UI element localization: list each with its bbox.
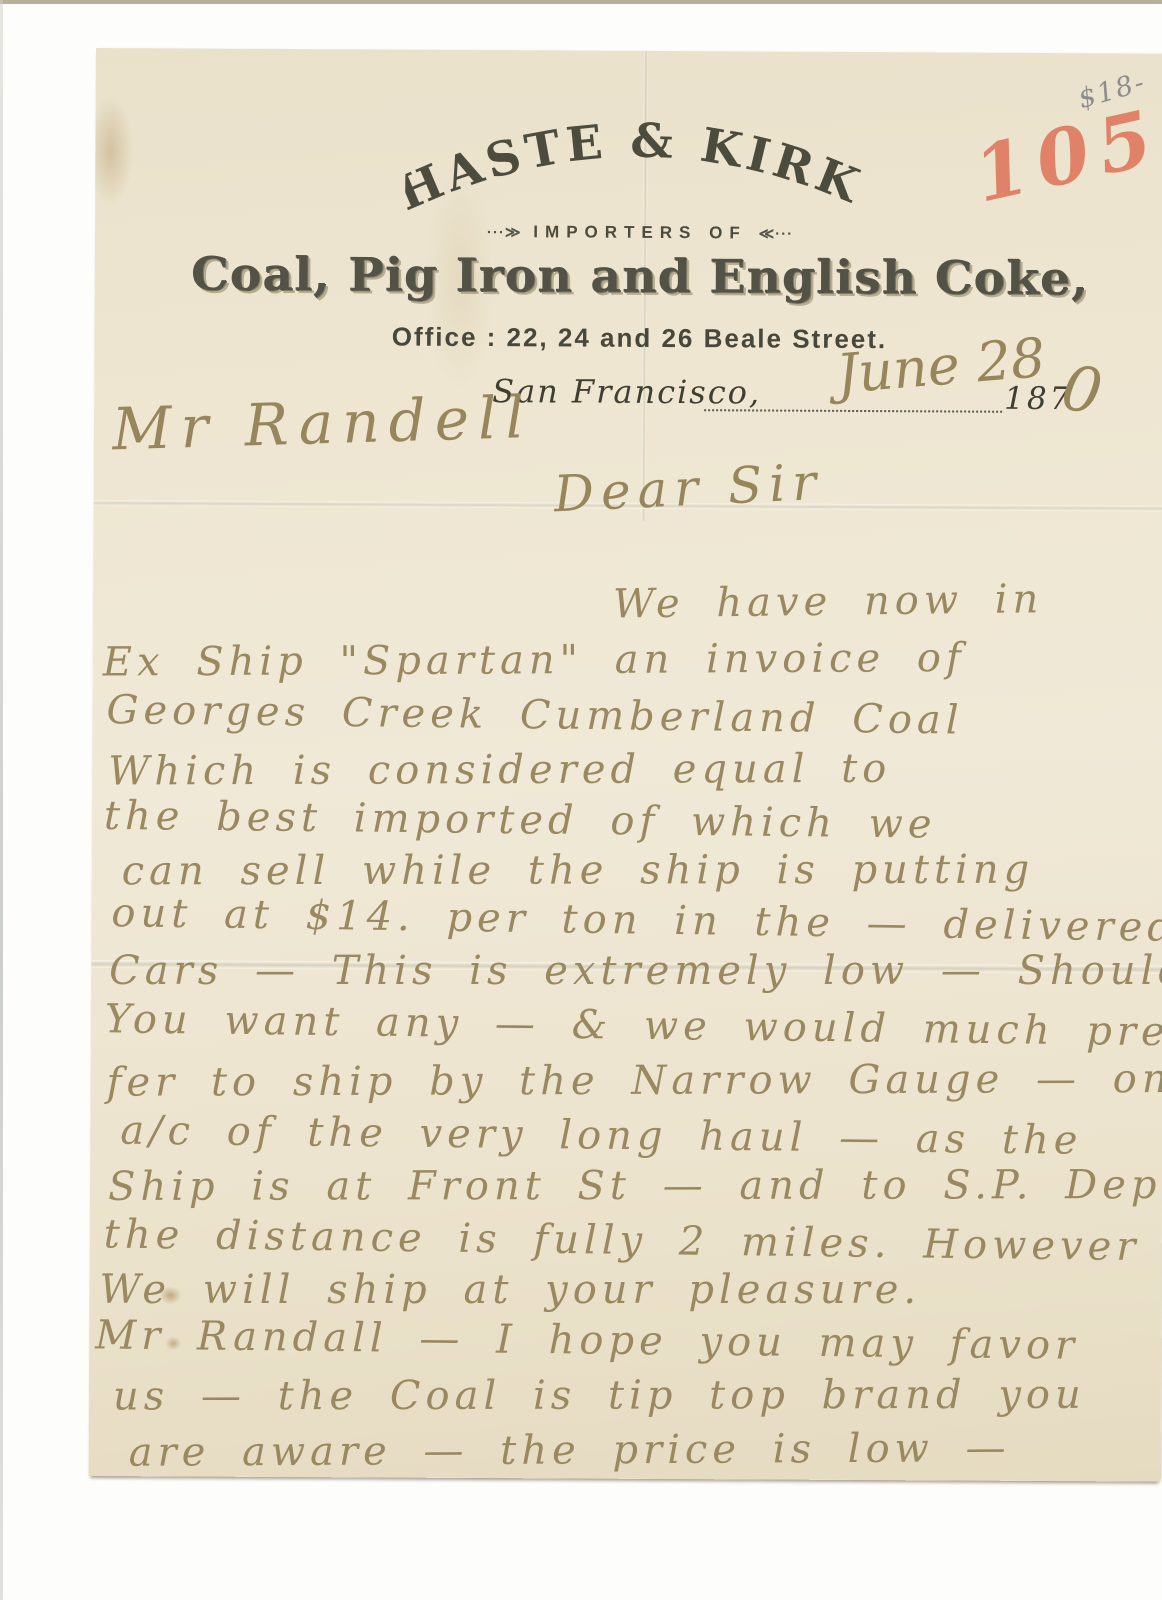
- handwritten-line: Georges Creek Cumberland Coal: [106, 687, 964, 743]
- recipient-line: Mr Randell: [111, 383, 534, 463]
- handwritten-line: out at $14. per ton in the — delivered t…: [111, 890, 1162, 952]
- handwritten-line: are aware — the price is low —: [129, 1425, 1011, 1476]
- tagline-row: ···≫ IMPORTERS OF ≪···: [95, 220, 1162, 246]
- salutation-line: Dear Sir: [552, 453, 824, 524]
- handwritten-line: Ship is at Front St — and to S.P. Depot: [108, 1162, 1162, 1210]
- svg-text:HASTE & KIRK,: HASTE & KIRK,: [405, 102, 871, 224]
- red-crayon-number: 105: [966, 91, 1162, 219]
- handwritten-line: can sell while the ship is putting: [122, 847, 1035, 895]
- tagline-text: IMPORTERS OF: [533, 222, 747, 242]
- handwritten-line: We have now in: [613, 576, 1044, 627]
- handwritten-line: the distance is fully 2 miles. However: [104, 1211, 1141, 1270]
- company-name-arched: HASTE & KIRK,: [405, 102, 876, 224]
- paper-stain: [89, 96, 134, 206]
- year-final-digit-handwritten: 0: [1057, 350, 1108, 428]
- business-description: Coal, Pig Iron and English Coke,: [89, 246, 1162, 306]
- handwritten-line: us — the Coal is tip top brand you: [113, 1372, 1086, 1420]
- scanner-edge-top: [0, 0, 1162, 4]
- scanner-edge-left: [0, 0, 3, 1600]
- handwritten-line: Which is considered equal to: [108, 746, 891, 795]
- handwritten-line: Ex Ship "Spartan" an invoice of: [103, 635, 966, 686]
- left-ornament-icon: ···≫: [487, 224, 522, 241]
- handwritten-line: the best imported of which we: [104, 793, 937, 848]
- handwritten-line: Cars — This is extremely low — Should: [109, 948, 1162, 994]
- handwritten-line: We will ship at your pleasure.: [100, 1267, 922, 1313]
- handwritten-line: Mr Randall — I hope you may favor: [95, 1312, 1079, 1368]
- letter-paper: $18- 105 HASTE & KIRK, ···≫ IMPORTERS OF…: [89, 48, 1162, 1482]
- handwritten-line: You want any — & we would much pre-: [105, 996, 1162, 1055]
- handwritten-line: a/c of the very long haul — as the: [120, 1108, 1083, 1164]
- printed-letterhead: HASTE & KIRK, ···≫ IMPORTERS OF ≪··· Coa…: [96, 48, 1162, 54]
- handwritten-line: fer to ship by the Narrow Gauge — on: [107, 1056, 1162, 1106]
- scanned-letter-page: { "annotations": { "pencil_price": "$18-…: [0, 0, 1162, 1600]
- company-name-text: HASTE & KIRK,: [405, 102, 871, 224]
- right-ornament-icon: ≪···: [758, 225, 793, 242]
